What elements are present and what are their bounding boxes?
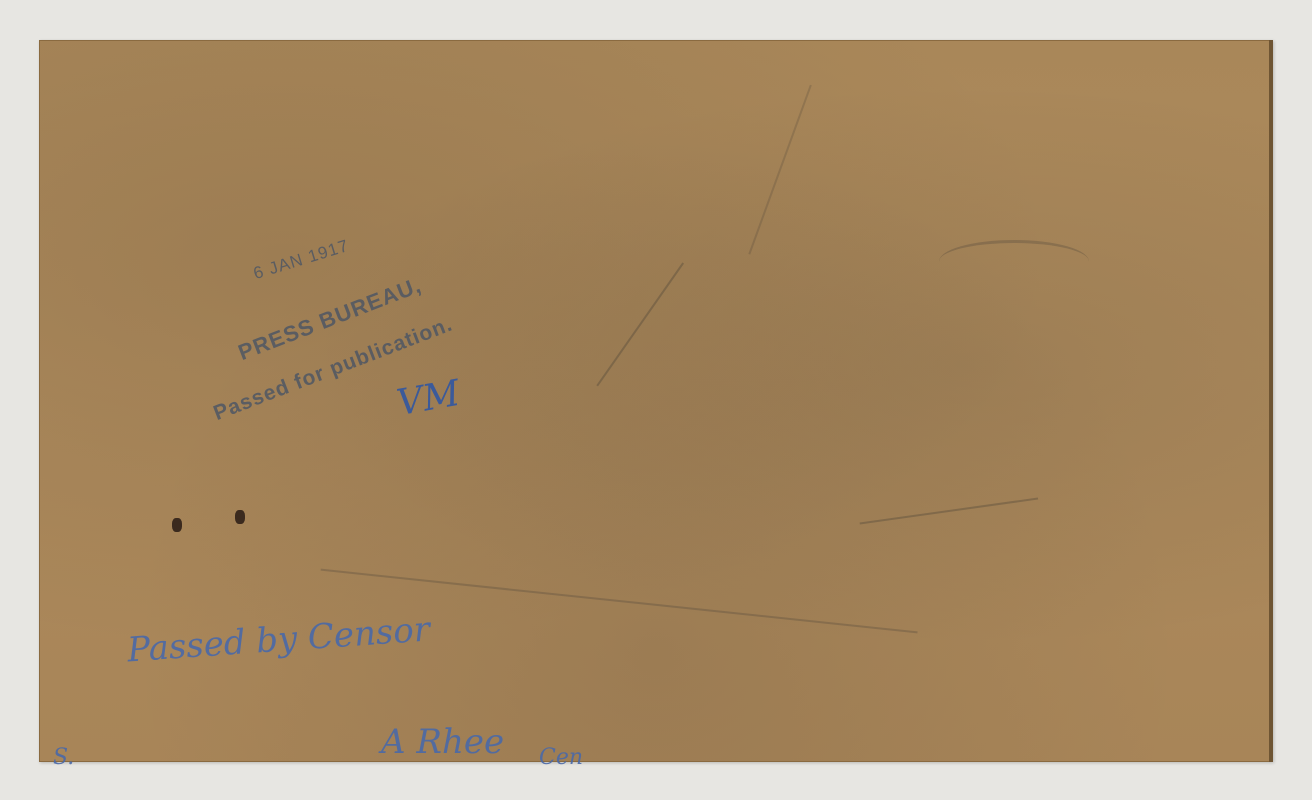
censor-initials: VM <box>394 373 463 424</box>
paper-edge <box>1269 40 1273 762</box>
sketch-stroke <box>596 262 685 387</box>
ink-blot <box>235 510 245 524</box>
handwriting-passed-by-censor: Passed by Censor <box>126 609 431 670</box>
handwriting-signature: A Rhee <box>381 722 504 762</box>
paper-sheet: 6 JAN 1917 PRESS BUREAU, Passed for publ… <box>39 40 1273 762</box>
ink-blot <box>172 518 182 532</box>
handwriting-fragment-left: S. <box>53 745 74 770</box>
sketch-stroke <box>748 85 813 256</box>
sketch-stroke <box>939 240 1089 283</box>
stamp-date: 6 JAN 1917 <box>251 236 351 284</box>
sketch-stroke <box>860 497 1039 526</box>
handwriting-fragment-right: Cen <box>539 745 583 770</box>
